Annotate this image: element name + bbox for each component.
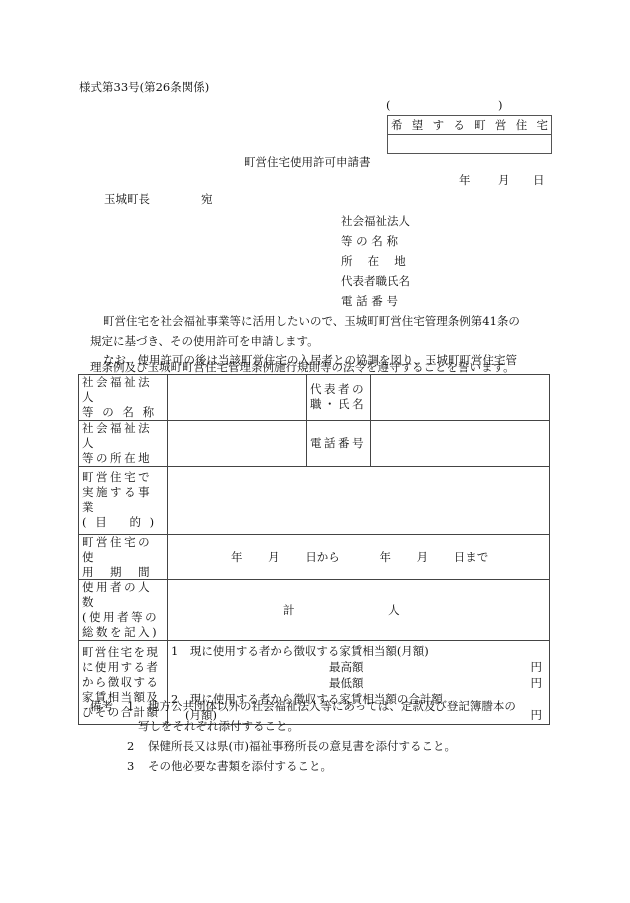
note1-line2: 写しをそれぞれ添付すること。 [138,721,299,733]
header-char: 望 [412,117,424,133]
header-char: 宅 [536,117,548,133]
total-label: 計 [283,603,295,617]
applicant-name-label: 等 の 名 称 [341,236,398,248]
unit-label: 人 [388,603,400,617]
label-phone: 電話番号 [307,420,371,466]
min-label: 最低額 [329,675,531,691]
body-para2-line2: 理条例及び玉城町町営住宅管理条例施行規則等の法令を遵守することを誓います。 [90,362,515,374]
desired-housing-header: 希 望 す る 町 営 住 宅 [388,116,551,135]
form-number: 様式第33号(第26条関係) [79,82,209,94]
period-to-day: 日まで [454,550,489,564]
user-count-field[interactable]: 計 人 [168,580,550,641]
period-from-month: 月 [268,550,280,564]
label-representative: 代表者の職・氏名 [307,375,371,421]
notes-heading: 備考 [90,701,113,713]
phone-field[interactable] [371,420,550,466]
applicant-address-label: 所 在 地 [341,256,406,268]
row-business: 町営住宅で実施する事業( 目 的 ) [79,466,550,534]
period-field[interactable]: 年 月 日から 年 月 日まで [168,534,550,580]
note2: 保健所長又は県(市)福祉事務所長の意見書を添付すること。 [148,741,456,753]
period-from-year: 年 [231,550,243,564]
application-table: 社会福祉法人等 の 名 称 代表者の職・氏名 社会福祉法人等の所在地 電話番号 … [78,374,550,725]
row-period: 町営住宅の使用 期 間 年 月 日から 年 月 日まで [79,534,550,580]
header-char: す [433,117,445,133]
label-corp-address: 社会福祉法人等の所在地 [79,420,168,466]
addressee-suffix: 宛 [201,194,213,206]
business-field[interactable] [168,466,550,534]
note3-number: 3 [127,761,134,773]
period-to-month: 月 [417,550,429,564]
label-user-count: 使用者の人数(使用者等の総数を記入) [79,580,168,641]
row-corp-name: 社会福祉法人等 の 名 称 代表者の職・氏名 [79,375,550,421]
corp-address-field[interactable] [168,420,307,466]
yen-total: 円 [531,707,543,723]
label-corp-name: 社会福祉法人等 の 名 称 [79,375,168,421]
row-corp-address: 社会福祉法人等の所在地 電話番号 [79,420,550,466]
yen-min: 円 [531,675,543,691]
body-para1-line1: 町営住宅を社会福祉事業等に活用したいので、玉城町町営住宅管理条例第41条の [103,316,520,328]
desired-housing-field[interactable] [388,135,551,153]
addressee-name: 玉城町長 [104,194,150,206]
header-char: 営 [495,117,507,133]
yen-max: 円 [531,659,543,675]
note1-number: 1 [127,701,134,713]
label-period: 町営住宅の使用 期 間 [79,534,168,580]
header-char: 住 [516,117,528,133]
applicant-representative-label: 代表者職氏名 [341,276,410,288]
document-title: 町営住宅使用許可申請書 [244,157,371,169]
period-from-day: 日から [305,550,340,564]
paren-close: ) [498,100,503,112]
header-char: る [453,117,465,133]
representative-field[interactable] [371,375,550,421]
period-to-year: 年 [379,550,391,564]
body-para1-line2: 規定に基づき、その使用許可を申請します。 [90,336,319,348]
applicant-phone-label: 電 話 番 号 [341,296,398,308]
applicant-corp-label: 社会福祉法人 [341,216,410,228]
date-day: 日 [533,175,545,187]
header-char: 町 [474,117,486,133]
note1-line1: 地方公共団体以外の社会福祉法人等にあっては、定款及び登記簿謄本の [148,701,516,713]
row-user-count: 使用者の人数(使用者等の総数を記入) 計 人 [79,580,550,641]
date-month: 月 [498,175,510,187]
note2-number: 2 [127,741,134,753]
paren-open: ( [386,100,391,112]
label-business: 町営住宅で実施する事業( 目 的 ) [79,466,168,534]
note3: その他必要な書類を添付すること。 [148,761,332,773]
max-label: 最高額 [329,659,531,675]
corp-name-field[interactable] [168,375,307,421]
desired-housing-box: 希 望 す る 町 営 住 宅 [387,115,552,154]
date-year: 年 [459,175,471,187]
header-char: 希 [391,117,403,133]
rent-item1: 1 現に使用する者から徴収する家賃相当額(月額) [171,643,546,659]
